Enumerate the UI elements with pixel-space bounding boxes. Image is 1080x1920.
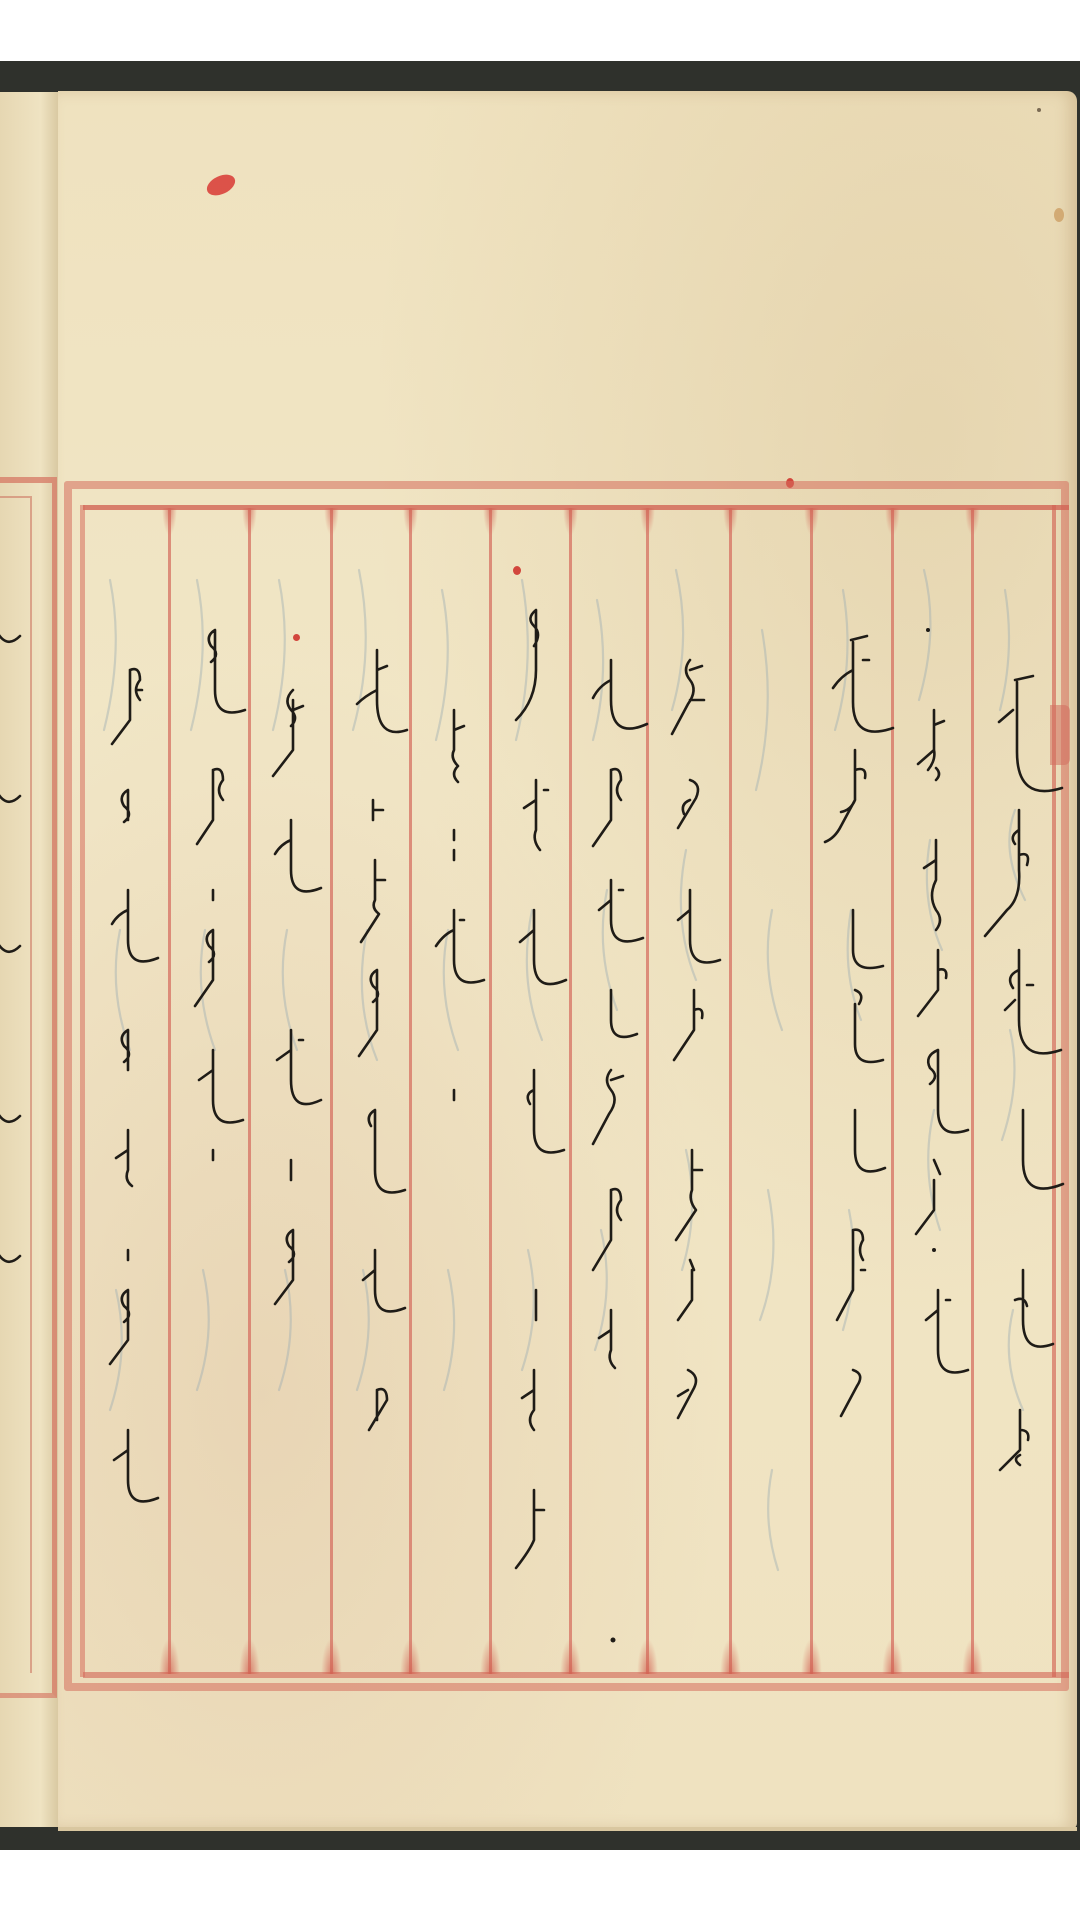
paper-stain — [1054, 208, 1064, 222]
text-column-4 — [333, 510, 407, 1672]
column-divider — [646, 508, 649, 1674]
text-column-1 — [86, 510, 166, 1672]
text-column-6 — [492, 510, 568, 1672]
frame-left-rule — [80, 505, 85, 1677]
text-column-10 — [813, 510, 891, 1672]
text-column-2 — [171, 510, 247, 1672]
text-column-8 — [650, 510, 728, 1672]
frame-side-tab — [1050, 705, 1070, 765]
text-column-11 — [894, 510, 972, 1672]
text-column-3 — [251, 510, 328, 1672]
paper-speck — [1037, 108, 1041, 112]
text-column-9 — [732, 510, 810, 1672]
text-column-5 — [412, 510, 488, 1672]
text-column-7 — [571, 510, 645, 1672]
text-column-12 — [975, 510, 1053, 1672]
page-bottom-edge — [58, 1827, 1077, 1831]
previous-page-text — [0, 510, 40, 1672]
